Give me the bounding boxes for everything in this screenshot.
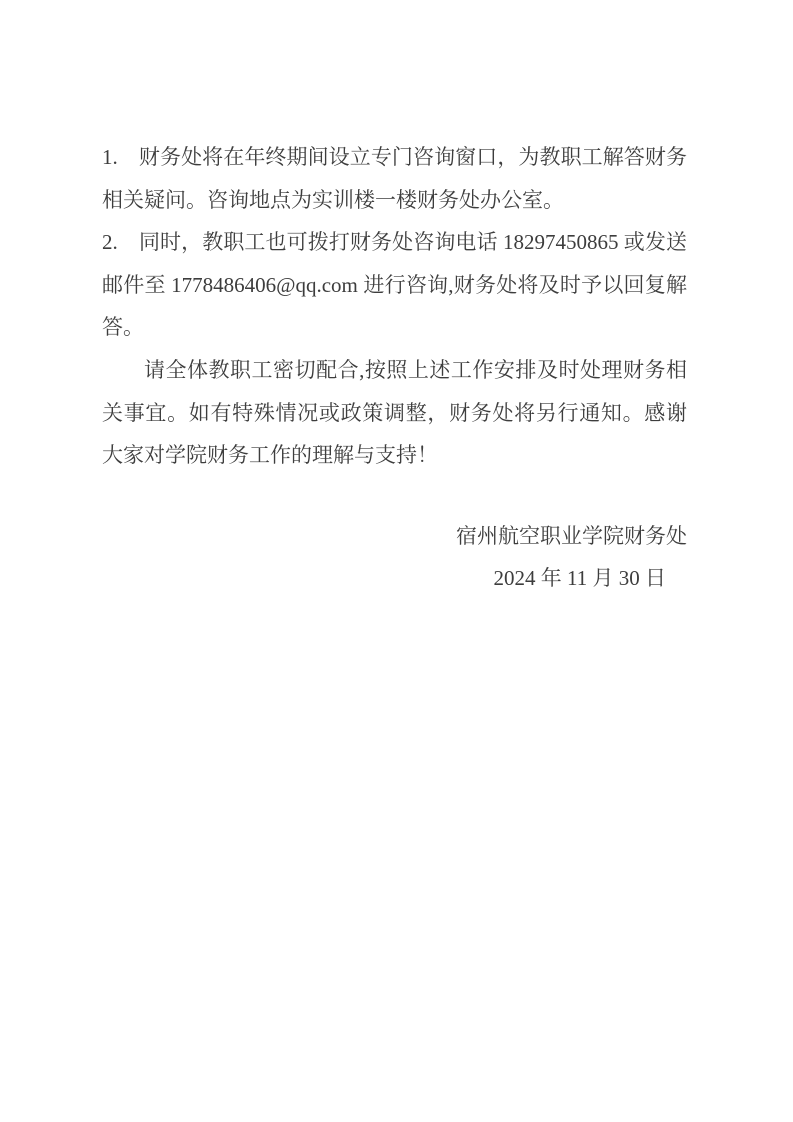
document-body: 1. 财务处将在年终期间设立专门咨询窗口，为教职工解答财务相关疑问。咨询地点为实…	[102, 136, 687, 600]
document-page: 1. 财务处将在年终期间设立专门咨询窗口，为教职工解答财务相关疑问。咨询地点为实…	[0, 0, 793, 1122]
signature-date: 2024 年 11 月 30 日	[102, 557, 687, 600]
blank-line-spacer	[102, 477, 687, 515]
paragraph-item-2: 2. 同时，教职工也可拨打财务处咨询电话 18297450865 或发送邮件至 …	[102, 221, 687, 349]
signature-organization: 宿州航空职业学院财务处	[102, 515, 687, 558]
paragraph-item-1: 1. 财务处将在年终期间设立专门咨询窗口，为教职工解答财务相关疑问。咨询地点为实…	[102, 136, 687, 221]
paragraph-closing: 请全体教职工密切配合,按照上述工作安排及时处理财务相关事宜。如有特殊情况或政策调…	[102, 349, 687, 477]
